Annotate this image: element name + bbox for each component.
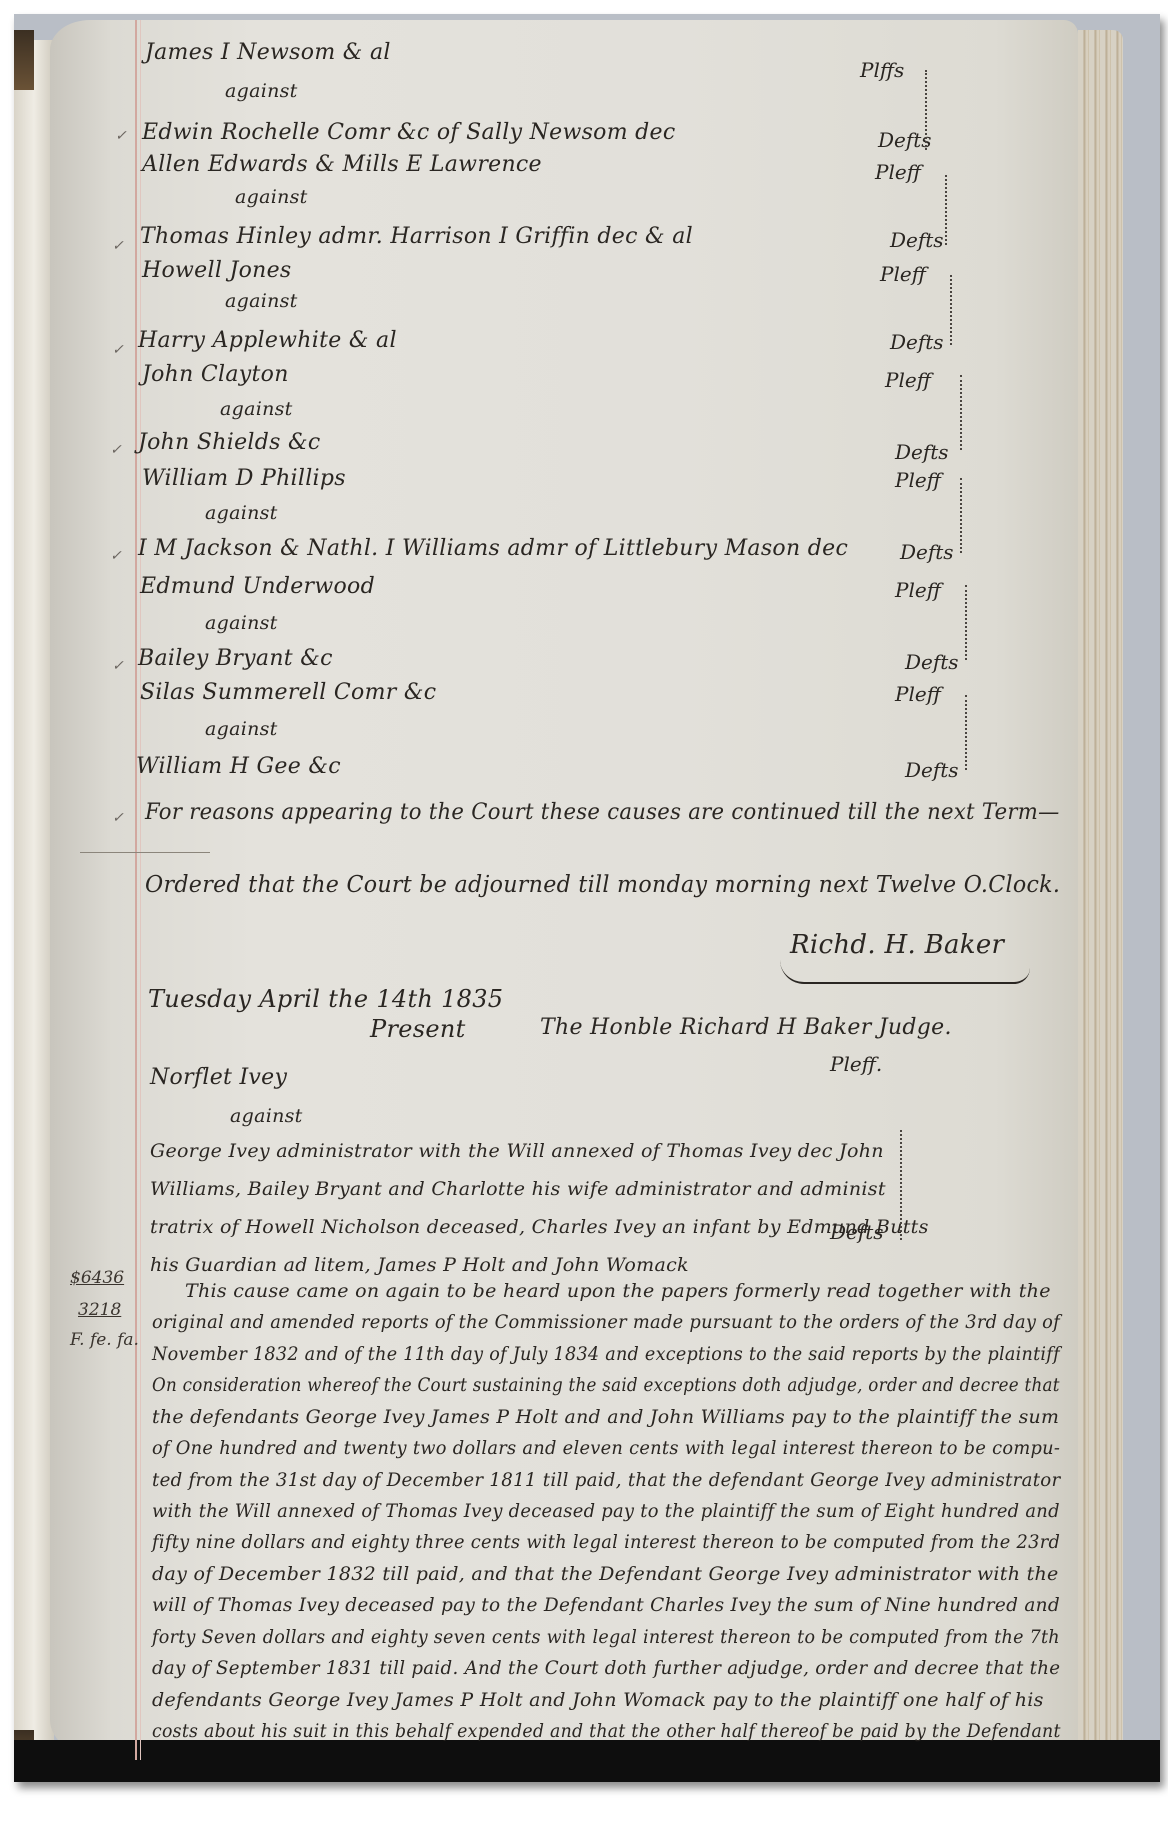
case-4-brace [950,375,962,450]
decree-line-11: will of Thomas Ivey deceased pay to the … [152,1594,1060,1616]
case-7-plaintiff-role: Pleff [895,682,941,706]
margin-note-amount: $6436 [70,1268,124,1288]
case-3-against: against [225,290,298,312]
case-2-brace [935,175,947,245]
margin-note-half: 3218 [78,1300,121,1320]
case-2-against: against [235,186,308,208]
case-1-brace [915,70,927,150]
case-7-against: against [205,718,278,740]
session-date: Tuesday April the 14th 1835 [148,985,503,1013]
separator-rule [80,852,210,853]
case-6-against: against [205,612,278,634]
case-1-plaintiff: James I Newsom & al [145,40,391,65]
decree-line-5: the defendants George Ivey James P Holt … [152,1406,1059,1428]
main-plaintiff-role: Pleff. [830,1052,882,1076]
book-cover-left [14,40,54,1760]
decree-line-10: day of December 1832 till paid, and that… [152,1563,1059,1585]
decree-line-15: costs about his suit in this behalf expe… [152,1720,1061,1742]
case-2-defendant: Thomas Hinley admr. Harrison I Griffin d… [140,224,693,249]
adjournment-order: Ordered that the Court be adjourned till… [145,872,1060,898]
case-3-defendant-role: Defts [890,330,944,354]
margin-rule [135,20,137,1760]
case-5-check: ✓ [110,548,122,564]
book-spine-top [14,30,34,90]
judge-signature: Richd. H. Baker [790,930,1004,960]
session-present-text: The Honble Richard H Baker Judge. [540,1015,952,1040]
table-surface [14,1740,1160,1782]
decree-line-14: defendants George Ivey James P Holt and … [152,1689,1044,1711]
case-7-defendant-role: Defts [905,758,959,782]
case-1-check: ✓ [115,128,127,144]
case-3-brace [940,275,952,345]
case-2-plaintiff-role: Pleff [875,160,921,184]
decree-line-1: This cause came on again to be heard upo… [185,1280,1051,1302]
case-7-plaintiff: Silas Summerell Comr &c [140,680,436,705]
case-3-check: ✓ [112,342,124,358]
case-1-against: against [225,80,298,102]
case-6-defendant: Bailey Bryant &c [138,646,333,671]
case-5-defendant-role: Defts [900,540,954,564]
decree-line-3: November 1832 and of the 11th day of Jul… [152,1343,1060,1365]
case-4-check: ✓ [110,442,122,458]
case-6-defendant-role: Defts [905,650,959,674]
case-6-check: ✓ [112,658,124,674]
case-2-check: ✓ [112,238,124,254]
case-5-defendant: I M Jackson & Nathl. I Williams admr of … [138,536,848,561]
case-6-brace [955,585,967,660]
case-6-plaintiff-role: Pleff [895,578,941,602]
case-7-defendant: William H Gee &c [136,754,341,779]
case-1-plaintiff-role: Plffs [860,58,904,82]
case-3-defendant: Harry Applewhite & al [138,328,397,353]
page-edges [1078,30,1123,1750]
case-6-plaintiff: Edmund Underwood [140,574,375,599]
case-5-plaintiff-role: Pleff [895,468,941,492]
case-5-plaintiff: William D Phillips [142,466,346,491]
main-against: against [230,1105,303,1127]
main-defendant-line-2: Williams, Bailey Bryant and Charlotte hi… [150,1178,886,1200]
margin-note-writ: F. fe. fa. [70,1330,139,1350]
case-4-against: against [220,398,293,420]
case-5-against: against [205,502,278,524]
decree-line-7: ted from the 31st day of December 1811 t… [152,1469,1060,1491]
decree-line-2: original and amended reports of the Comm… [152,1311,1060,1333]
main-defendant-line-3: tratrix of Howell Nicholson deceased, Ch… [150,1216,929,1238]
main-defendant-line-4: his Guardian ad litem, James P Holt and … [150,1254,689,1276]
case-7-brace [955,695,967,770]
case-4-defendant: John Shields &c [138,430,321,455]
decree-line-12: forty Seven dollars and eighty seven cen… [152,1626,1060,1648]
case-4-plaintiff: John Clayton [142,362,289,387]
case-3-plaintiff: Howell Jones [142,258,292,283]
decree-line-9: fifty nine dollars and eighty three cent… [152,1531,1060,1553]
case-1-defendant: Edwin Rochelle Comr &c of Sally Newsom d… [142,120,676,145]
decree-line-8: with the Will annexed of Thomas Ivey dec… [152,1500,1060,1522]
case-3-plaintiff-role: Pleff [880,262,926,286]
main-defendant-role: Defts [830,1220,884,1244]
continuance-check: ✓ [112,810,124,826]
main-case-brace [890,1130,902,1240]
case-4-defendant-role: Defts [895,440,949,464]
case-4-plaintiff-role: Pleff [885,368,931,392]
main-plaintiff: Norflet Ivey [150,1065,287,1090]
decree-line-13: day of September 1831 till paid. And the… [152,1657,1060,1679]
margin-rule-inner [140,20,141,1760]
main-defendant-line-1: George Ivey administrator with the Will … [150,1140,884,1162]
signature-flourish [780,960,1030,984]
case-5-brace [950,478,962,553]
decree-line-4: On consideration whereof the Court susta… [152,1374,1060,1396]
session-present-label: Present [370,1015,466,1043]
decree-line-6: of One hundred and twenty two dollars an… [152,1437,1060,1459]
continuance-note: For reasons appearing to the Court these… [145,800,1060,825]
case-2-plaintiff: Allen Edwards & Mills E Lawrence [142,152,542,177]
